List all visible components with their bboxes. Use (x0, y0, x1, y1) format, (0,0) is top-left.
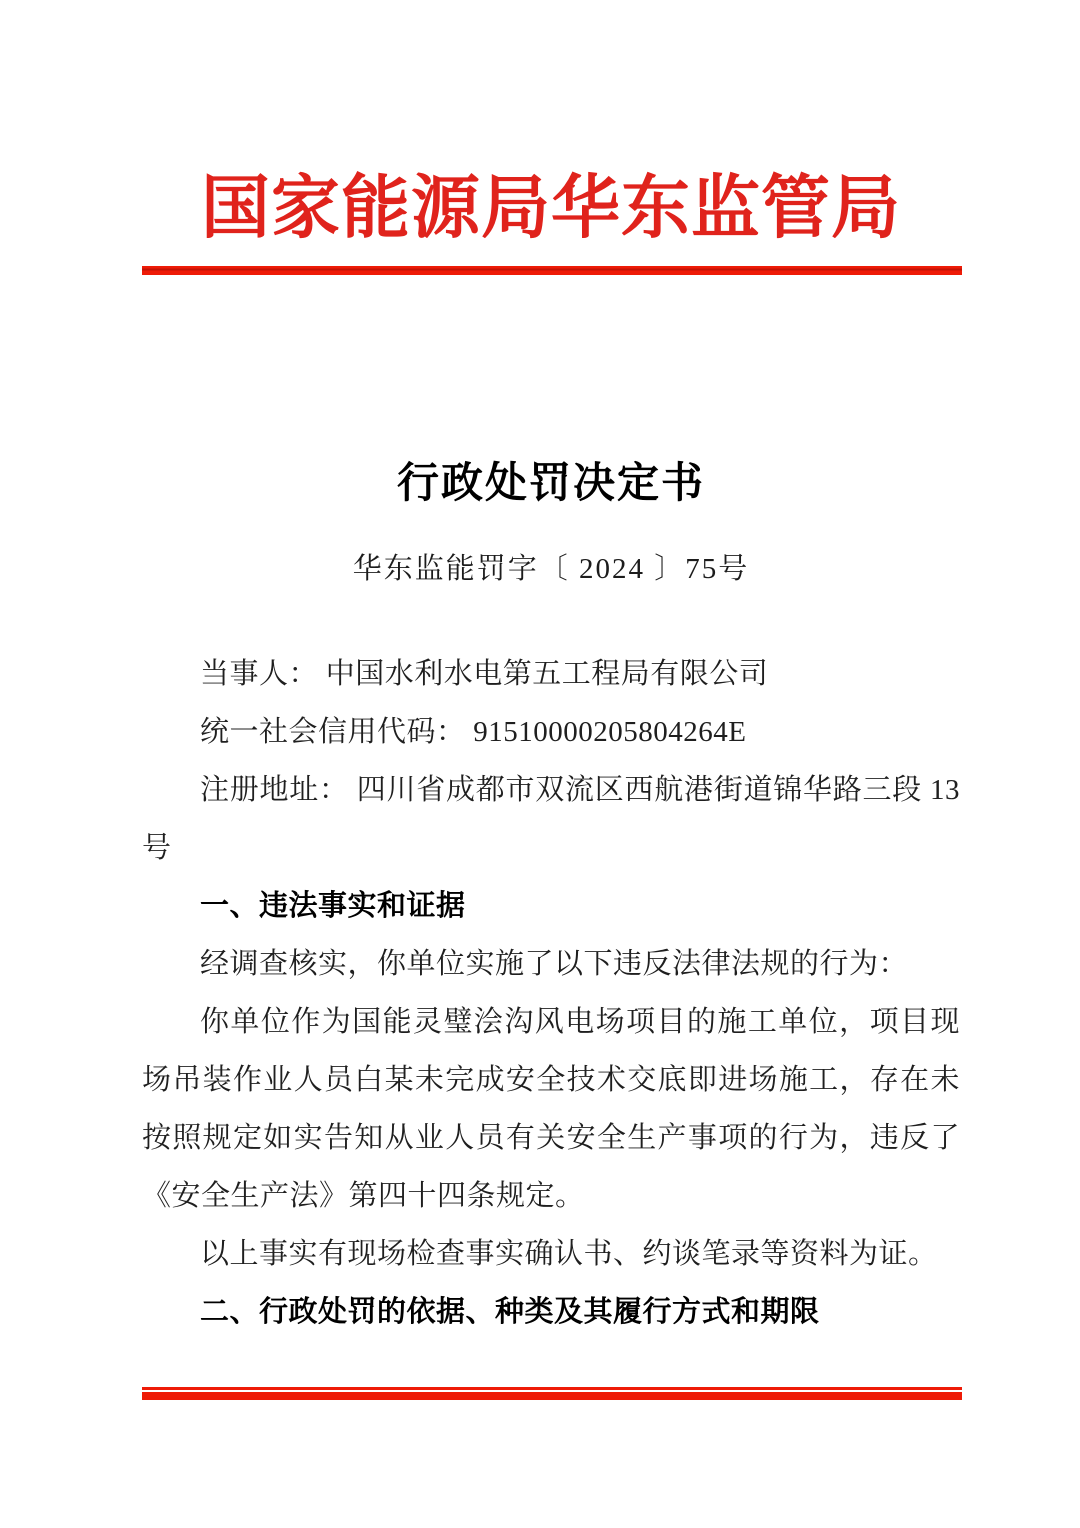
footer-rule-thick-line (142, 1392, 962, 1400)
party-line: 当事人： 中国水利水电第五工程局有限公司 (142, 645, 960, 703)
section1-heading: 一、违法事实和证据 (142, 877, 960, 935)
agency-header: 国家能源局华东监管局 (142, 152, 960, 251)
facts-intro-paragraph: 经调查核实，你单位实施了以下违反法律法规的行为： (142, 935, 960, 993)
evidence-paragraph: 以上事实有现场检查事实确认书、约谈笔录等资料为证。 (142, 1225, 960, 1283)
document-page: 国家能源局华东监管局 行政处罚决定书 华东监能罚字〔 2024 〕75号 当事人… (0, 0, 1080, 1528)
header-red-rule (142, 266, 962, 275)
document-body: 当事人： 中国水利水电第五工程局有限公司 统一社会信用代码： 915100002… (142, 645, 960, 1341)
section2-heading: 二、行政处罚的依据、种类及其履行方式和期限 (142, 1283, 960, 1341)
footer-red-rule (142, 1387, 962, 1400)
violation-paragraph: 你单位作为国能灵璧浍沟风电场项目的施工单位，项目现场吊装作业人员白某未完成安全技… (142, 993, 960, 1225)
document-title: 行政处罚决定书 (142, 450, 960, 510)
credit-code-line: 统一社会信用代码： 91510000205804264E (142, 703, 960, 761)
address-line: 注册地址： 四川省成都市双流区西航港街道锦华路三段 13号 (142, 761, 960, 877)
document-number: 华东监能罚字〔 2024 〕75号 (142, 546, 960, 587)
